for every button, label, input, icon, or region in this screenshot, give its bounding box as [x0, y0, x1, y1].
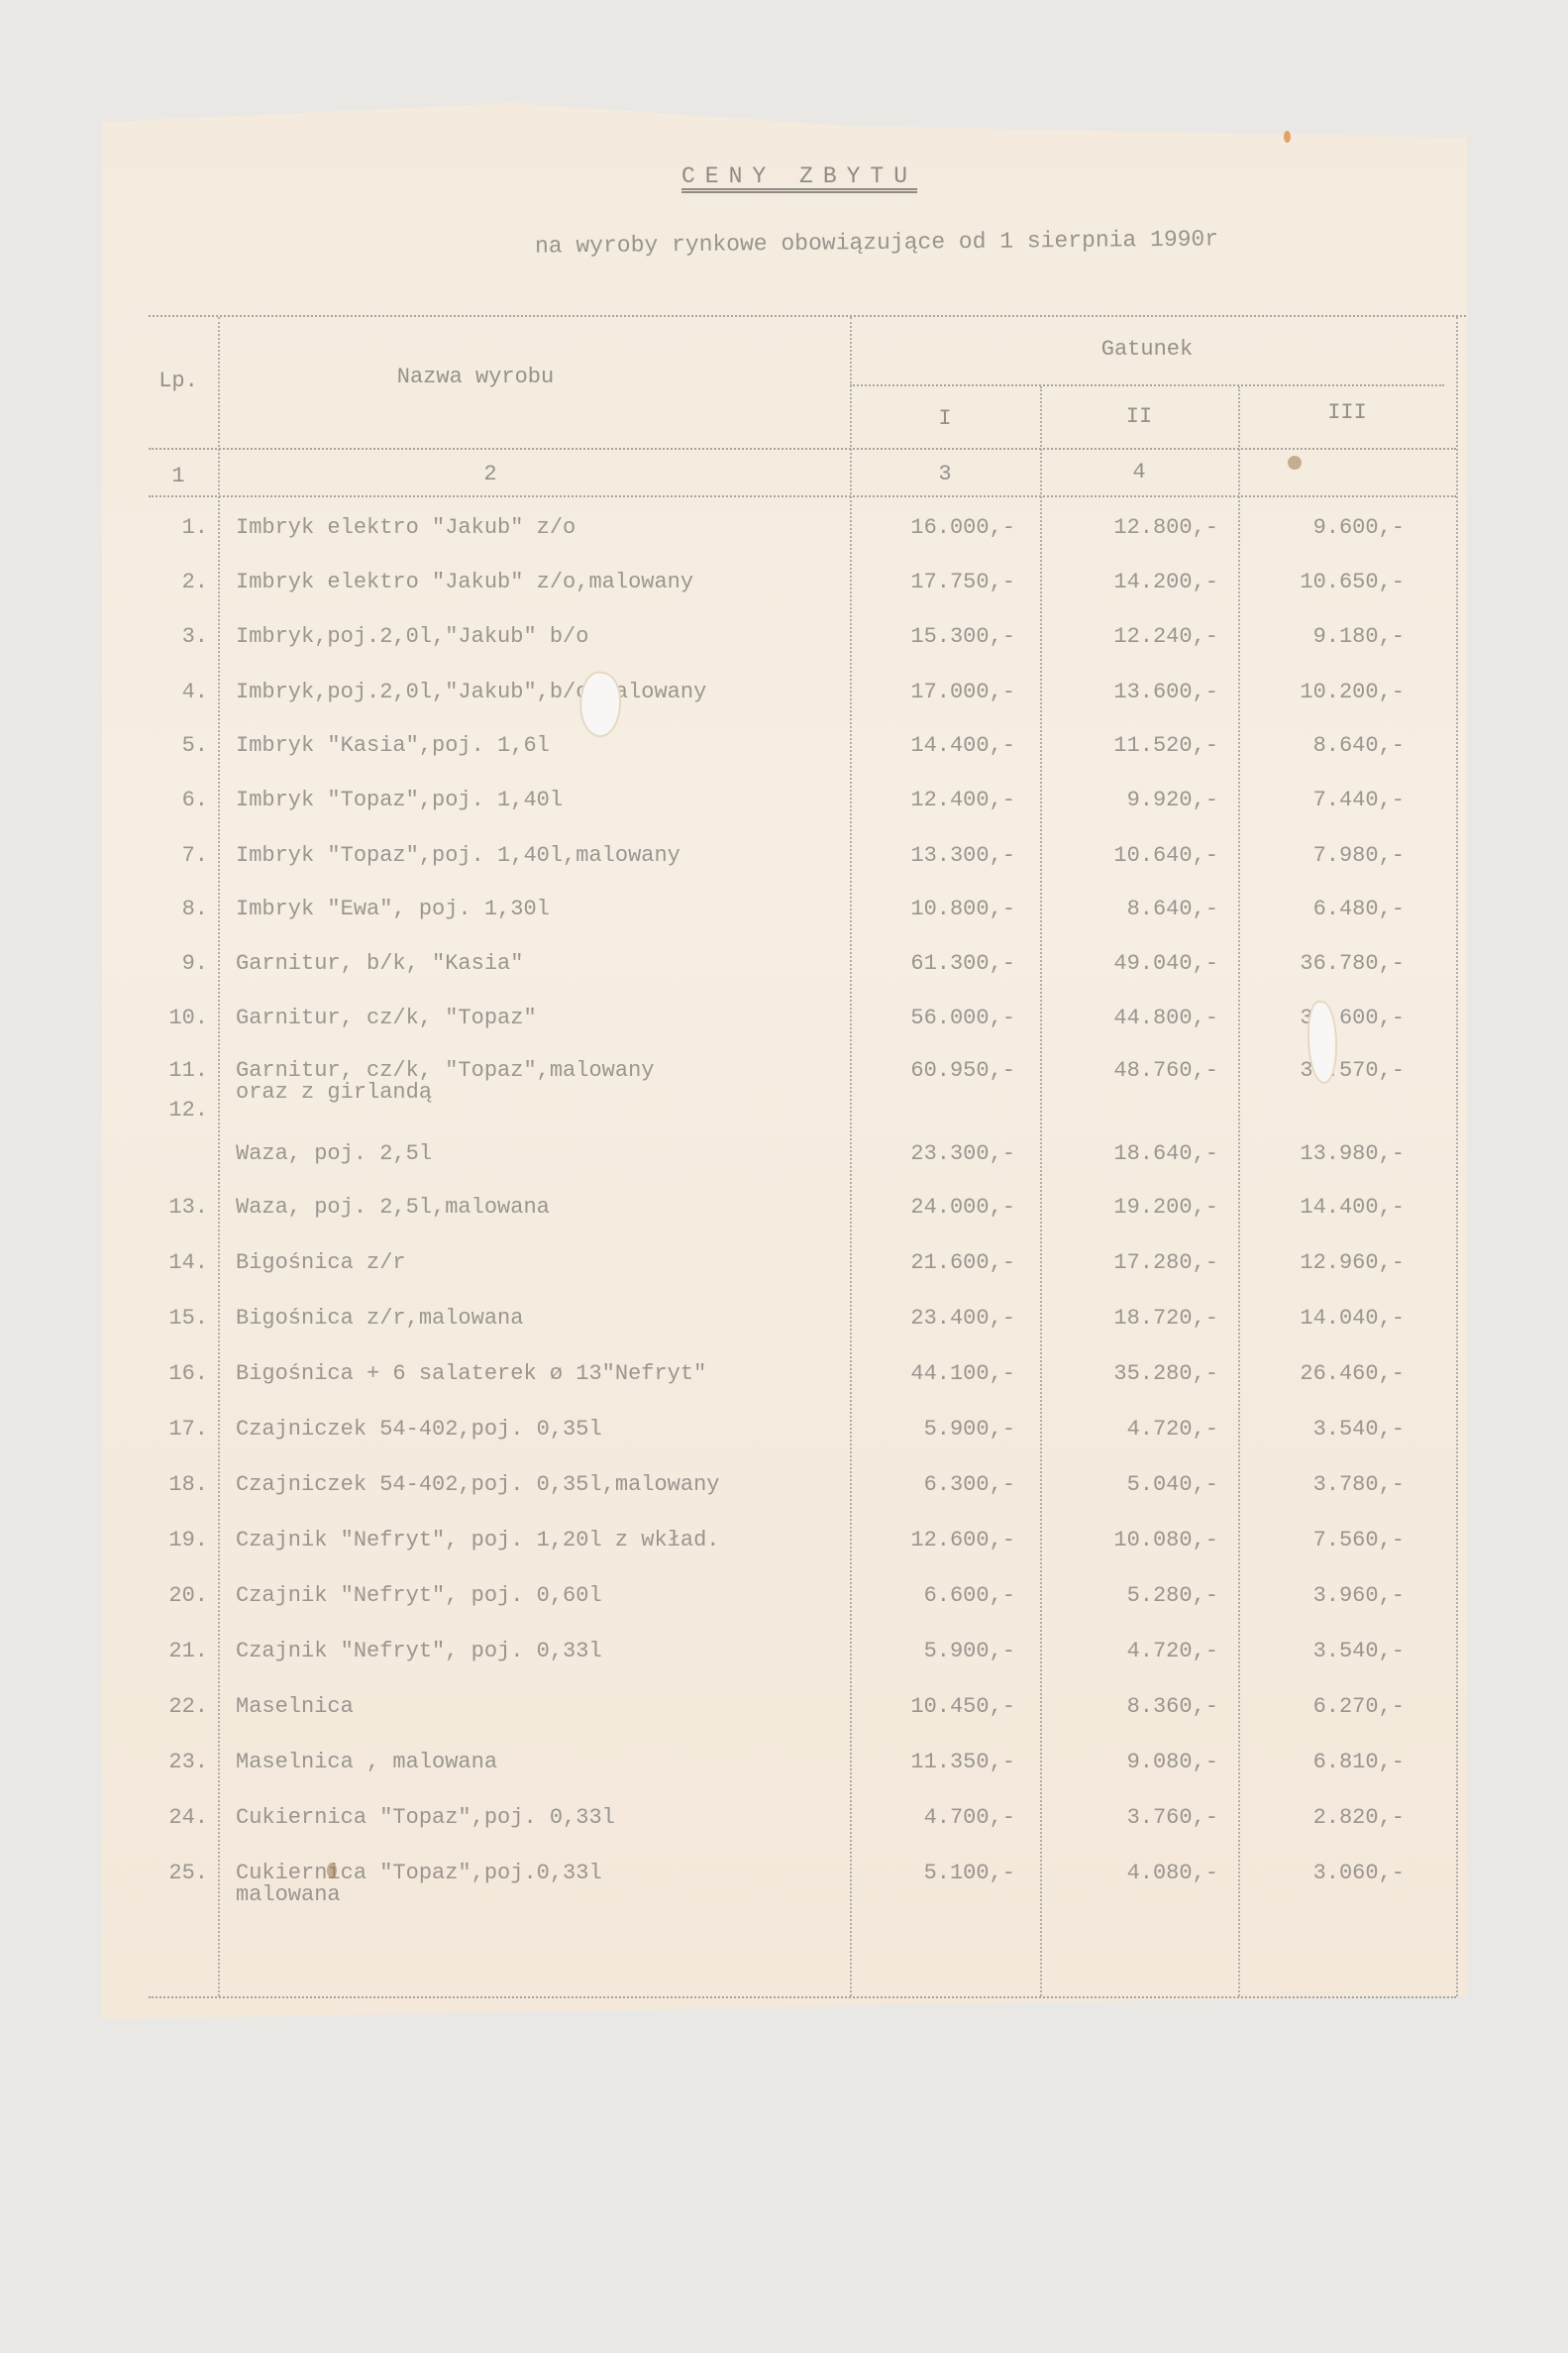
price-grade-3: 14.040,-	[1248, 1306, 1405, 1331]
price-grade-2: 12.800,-	[1050, 515, 1218, 540]
price-grade-2: 5.280,-	[1050, 1583, 1218, 1608]
product-name: Maselnica , malowana	[236, 1750, 497, 1774]
column-divider-right	[1456, 317, 1458, 1996]
price-grade-1: 12.400,-	[862, 788, 1015, 812]
price-grade-1: 61.300,-	[862, 951, 1015, 976]
price-grade-3: 6.810,-	[1248, 1750, 1405, 1774]
price-grade-1: 6.300,-	[862, 1472, 1015, 1497]
price-grade-2: 44.800,-	[1050, 1006, 1218, 1030]
price-grade-3: 6.270,-	[1248, 1694, 1405, 1719]
row-number: 19.	[158, 1528, 208, 1552]
price-grade-2: 18.720,-	[1050, 1306, 1218, 1331]
row-number: 2.	[158, 570, 208, 594]
price-grade-3: 12.960,-	[1248, 1250, 1405, 1275]
price-grade-1: 14.400,-	[862, 733, 1015, 758]
row-number: 22.	[158, 1694, 208, 1719]
price-grade-2: 13.600,-	[1050, 680, 1218, 704]
price-grade-2: 19.200,-	[1050, 1195, 1218, 1220]
price-grade-1: 44.100,-	[862, 1361, 1015, 1386]
row-number: 1.	[158, 515, 208, 540]
price-grade-3: 36.780,-	[1248, 951, 1405, 976]
table-top-rule	[149, 315, 1466, 317]
product-name: Imbryk elektro "Jakub" z/o,malowany	[236, 570, 693, 594]
price-grade-2: 14.200,-	[1050, 570, 1218, 594]
product-name: Imbryk "Topaz",poj. 1,40l,malowany	[236, 843, 680, 868]
price-grade-2: 3.760,-	[1050, 1805, 1218, 1830]
column-number-4: 4	[1040, 460, 1238, 484]
row-number: 10.	[158, 1006, 208, 1030]
price-grade-3: 7.980,-	[1248, 843, 1405, 868]
price-grade-1: 12.600,-	[862, 1528, 1015, 1552]
price-grade-2: 5.040,-	[1050, 1472, 1218, 1497]
row-number: 16.	[158, 1361, 208, 1386]
price-grade-2: 18.640,-	[1050, 1141, 1218, 1166]
price-grade-1: 16.000,-	[862, 515, 1015, 540]
row-number: 12.	[158, 1098, 208, 1123]
price-grade-2: 4.080,-	[1050, 1861, 1218, 1885]
product-name: Imbryk,poj.2,0l,"Jakub" b/o	[236, 624, 588, 649]
price-grade-3: 3.060,-	[1248, 1861, 1405, 1885]
price-grade-2: 48.760,-	[1050, 1058, 1218, 1083]
price-grade-3: 9.180,-	[1248, 624, 1405, 649]
price-grade-2: 10.640,-	[1050, 843, 1218, 868]
row-number: 21.	[158, 1639, 208, 1663]
header-bottom-rule	[149, 448, 1456, 450]
column-number-2: 2	[218, 462, 763, 486]
price-grade-1: 17.750,-	[862, 570, 1015, 594]
price-grade-2: 10.080,-	[1050, 1528, 1218, 1552]
row-number: 8.	[158, 897, 208, 921]
price-grade-2: 35.280,-	[1050, 1361, 1218, 1386]
product-name: Imbryk elektro "Jakub" z/o	[236, 515, 575, 540]
price-grade-3: 3.540,-	[1248, 1639, 1405, 1663]
price-grade-2: 9.080,-	[1050, 1750, 1218, 1774]
price-grade-1: 5.100,-	[862, 1861, 1015, 1885]
column-divider-name	[850, 317, 852, 1996]
price-grade-1: 13.300,-	[862, 843, 1015, 868]
row-number: 14.	[158, 1250, 208, 1275]
price-grade-1: 5.900,-	[862, 1417, 1015, 1442]
stain-mark	[327, 1863, 337, 1878]
row-number: 17.	[158, 1417, 208, 1442]
price-grade-3: 3.960,-	[1248, 1583, 1405, 1608]
price-grade-3: 7.440,-	[1248, 788, 1405, 812]
price-grade-1: 10.450,-	[862, 1694, 1015, 1719]
price-grade-1: 23.300,-	[862, 1141, 1015, 1166]
document-title: CENY ZBYTU	[681, 163, 917, 189]
product-name: Bigośnica z/r,malowana	[236, 1306, 523, 1331]
column-divider-grade1	[1040, 386, 1042, 1996]
product-name: Czajniczek 54-402,poj. 0,35l	[236, 1417, 602, 1442]
price-grade-2: 9.920,-	[1050, 788, 1218, 812]
row-number: 3.	[158, 624, 208, 649]
row-number: 25.	[158, 1861, 208, 1885]
price-grade-2: 8.640,-	[1050, 897, 1218, 921]
price-grade-2: 8.360,-	[1050, 1694, 1218, 1719]
row-number: 18.	[158, 1472, 208, 1497]
price-grade-1: 6.600,-	[862, 1583, 1015, 1608]
price-grade-3: 26.460,-	[1248, 1361, 1405, 1386]
price-grade-1: 15.300,-	[862, 624, 1015, 649]
row-number: 13.	[158, 1195, 208, 1220]
product-name: Imbryk "Kasia",poj. 1,6l	[236, 733, 550, 758]
price-grade-3: 3.780,-	[1248, 1472, 1405, 1497]
row-number: 4.	[158, 680, 208, 704]
row-number: 6.	[158, 788, 208, 812]
row-number: 23.	[158, 1750, 208, 1774]
row-number: 20.	[158, 1583, 208, 1608]
row-number: 15.	[158, 1306, 208, 1331]
product-name-continued: oraz z girlandą	[236, 1080, 432, 1105]
product-name: Cukiernica "Topaz",poj. 0,33l	[236, 1805, 615, 1830]
row-number: 9.	[158, 951, 208, 976]
product-name: Imbryk "Topaz",poj. 1,40l	[236, 788, 563, 812]
product-name: Imbryk "Ewa", poj. 1,30l	[236, 897, 550, 921]
product-name: Czajnik "Nefryt", poj. 0,60l	[236, 1583, 602, 1608]
product-name: Czajnik "Nefryt", poj. 1,20l z wkład.	[236, 1528, 719, 1552]
price-grade-1: 10.800,-	[862, 897, 1015, 921]
table-bottom-rule	[149, 1996, 1456, 1998]
price-grade-1: 60.950,-	[862, 1058, 1015, 1083]
product-name: Bigośnica + 6 salaterek ø 13"Nefryt"	[236, 1361, 706, 1386]
price-grade-3: 8.640,-	[1248, 733, 1405, 758]
price-grade-3: 3.540,-	[1248, 1417, 1405, 1442]
price-grade-1: 11.350,-	[862, 1750, 1015, 1774]
product-name: Waza, poj. 2,5l,malowana	[236, 1195, 550, 1220]
price-grade-2: 4.720,-	[1050, 1417, 1218, 1442]
price-grade-1: 5.900,-	[862, 1639, 1015, 1663]
column-divider-grade2	[1238, 386, 1240, 1996]
header-grade-group: Gatunek	[850, 337, 1444, 362]
header-grade-1: I	[850, 406, 1040, 431]
price-grade-2: 17.280,-	[1050, 1250, 1218, 1275]
column-number-1: 1	[149, 464, 208, 488]
column-divider-lp	[218, 317, 220, 1996]
price-grade-3: 10.200,-	[1248, 680, 1405, 704]
price-grade-1: 21.600,-	[862, 1250, 1015, 1275]
price-grade-3: 9.600,-	[1248, 515, 1405, 540]
product-name: Maselnica	[236, 1694, 354, 1719]
price-grade-3: 7.560,-	[1248, 1528, 1405, 1552]
product-name: Bigośnica z/r	[236, 1250, 406, 1275]
price-grade-1: 17.000,-	[862, 680, 1015, 704]
row-number: 11.	[158, 1058, 208, 1083]
price-grade-3: 13.980,-	[1248, 1141, 1405, 1166]
stain-mark	[1284, 131, 1291, 143]
price-grade-1: 4.700,-	[862, 1805, 1015, 1830]
price-grade-3: 2.820,-	[1248, 1805, 1405, 1830]
stain-mark	[1288, 456, 1302, 470]
price-grade-3: 6.480,-	[1248, 897, 1405, 921]
price-grade-2: 4.720,-	[1050, 1639, 1218, 1663]
price-grade-3: 10.650,-	[1248, 570, 1405, 594]
price-grade-1: 23.400,-	[862, 1306, 1015, 1331]
product-name: Garnitur, cz/k, "Topaz"	[236, 1006, 537, 1030]
header-grade-2: II	[1040, 404, 1238, 429]
product-name: Garnitur, b/k, "Kasia"	[236, 951, 523, 976]
price-grade-2: 11.520,-	[1050, 733, 1218, 758]
price-grade-2: 12.240,-	[1050, 624, 1218, 649]
column-number-rule	[149, 495, 1456, 497]
price-grade-1: 24.000,-	[862, 1195, 1015, 1220]
product-name: Waza, poj. 2,5l	[236, 1141, 432, 1166]
header-product-name: Nazwa wyrobu	[218, 365, 733, 389]
price-grade-2: 49.040,-	[1050, 951, 1218, 976]
price-grade-3: 14.400,-	[1248, 1195, 1405, 1220]
product-name: Czajnik "Nefryt", poj. 0,33l	[236, 1639, 602, 1663]
header-lp: Lp.	[149, 369, 208, 393]
grade-group-rule	[850, 384, 1444, 386]
product-name: Imbryk,poj.2,0l,"Jakub",b/o,malowany	[236, 680, 706, 704]
row-number: 24.	[158, 1805, 208, 1830]
price-grade-1: 56.000,-	[862, 1006, 1015, 1030]
product-name: Czajniczek 54-402,poj. 0,35l,malowany	[236, 1472, 719, 1497]
header-grade-3: III	[1238, 400, 1456, 425]
row-number: 5.	[158, 733, 208, 758]
column-number-3: 3	[850, 462, 1040, 486]
product-name-continued: malowana	[236, 1882, 341, 1907]
row-number: 7.	[158, 843, 208, 868]
